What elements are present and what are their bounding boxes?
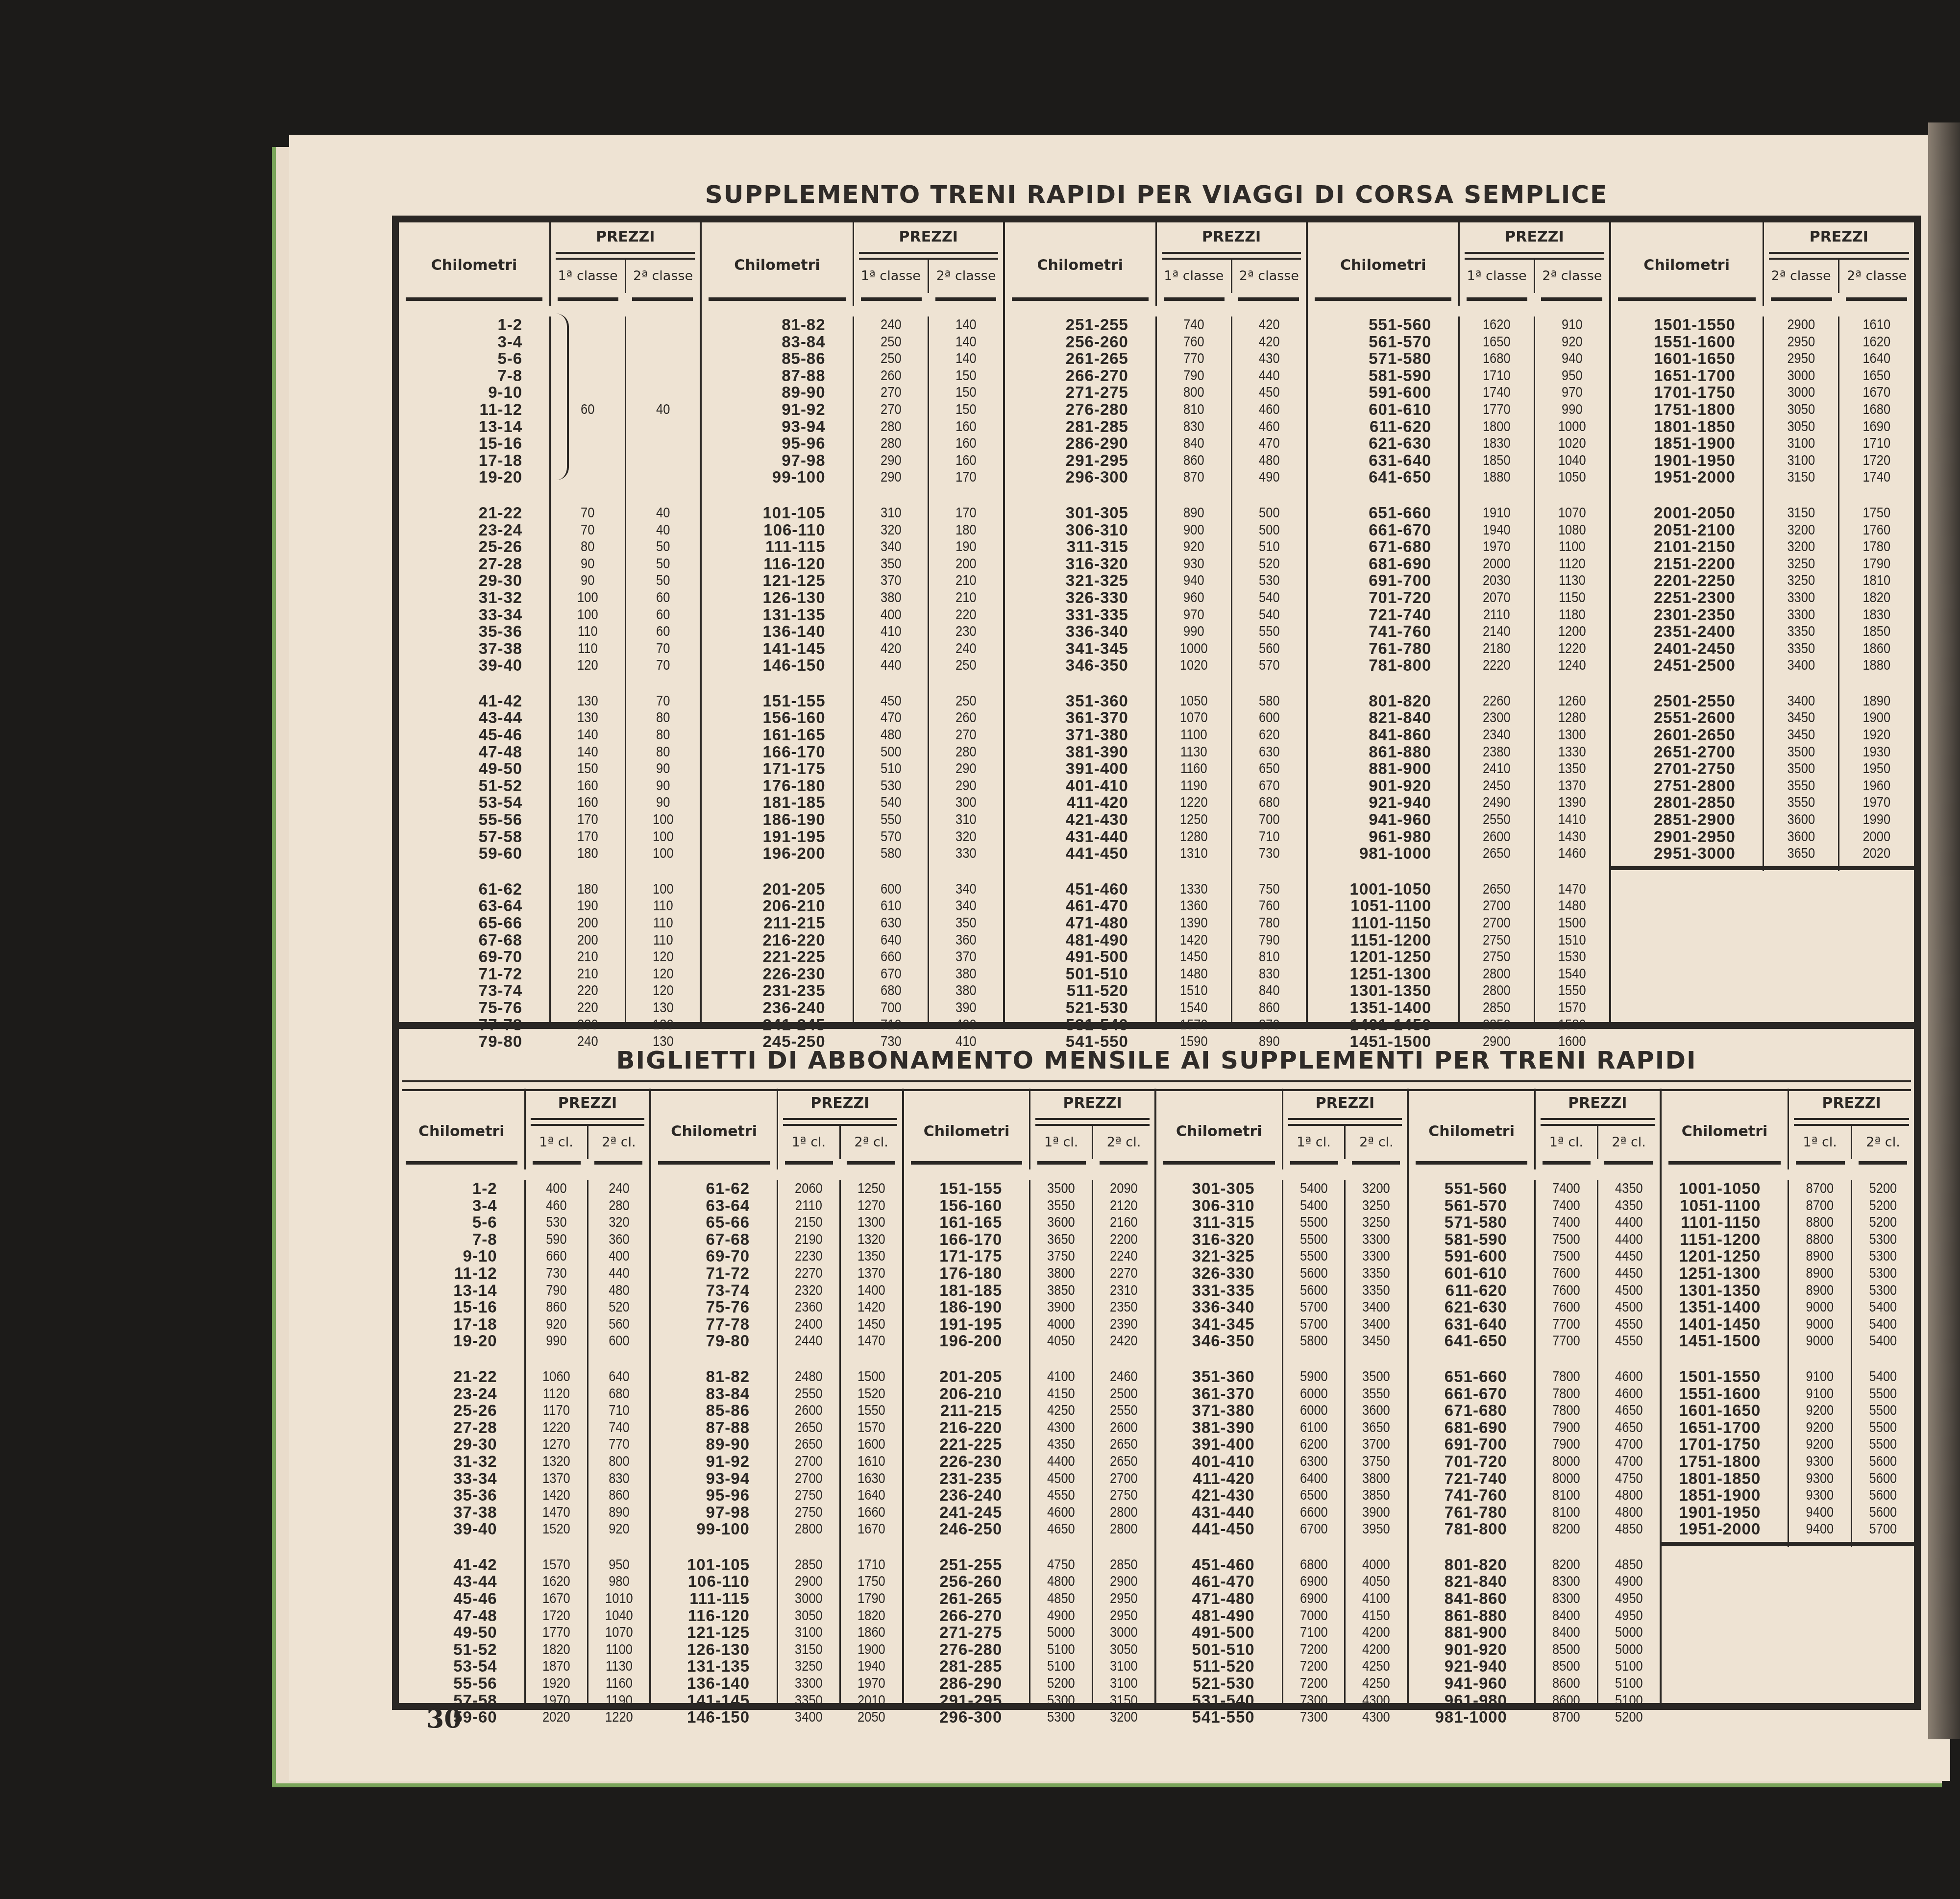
km-range-cell: 33-34 [399,607,549,624]
class1-price-cell: 3150 [1769,505,1833,522]
class1-price-cell: 1940 [1466,522,1528,539]
class2-price-cell: 3550 [1350,1386,1402,1403]
class2-price-cell: 1860 [845,1624,897,1641]
class1-price-cell: 7700 [1540,1333,1592,1350]
km-range-cell: 27-28 [399,556,549,573]
class2-price-cell: 1260 [1541,693,1603,710]
class1-price-cell: 2070 [1466,589,1528,607]
class1-price-cell: 460 [530,1197,582,1215]
km-range-cell: 9-10 [399,1248,524,1265]
class1-price-cell: 1000 [1162,640,1225,657]
class2-price-cell: 4300 [1350,1709,1402,1726]
km-range-cell: 961-980 [1308,828,1458,846]
class2-price-cell: 4650 [1603,1419,1655,1436]
km-range-cell: 431-440 [1156,1504,1282,1521]
km-range-cell: 371-380 [1156,1402,1282,1419]
class2-price-cell: 100 [632,845,694,862]
class2-price-cell: 5600 [1857,1504,1910,1521]
class2-price-cell: 2600 [1098,1419,1150,1436]
km-range-cell: 901-920 [1308,778,1458,795]
class1-price-cell: 6900 [1288,1590,1340,1607]
km-range-cell: 85-86 [702,350,852,367]
class1-price-cell: 890 [1162,505,1225,522]
class1-price-cell: 2550 [783,1386,834,1403]
class1-price-cell: 2440 [783,1333,834,1350]
class2-price-cell: 3400 [1350,1299,1402,1316]
km-range-cell: 721-740 [1409,1470,1534,1487]
class1-price-cell: 250 [859,334,922,351]
km-range-cell: 176-180 [904,1265,1029,1282]
class2-price-cell: 1270 [845,1197,897,1215]
class1-price-cell: 340 [859,538,922,556]
class1-price-cell: 7800 [1540,1368,1592,1386]
km-range-cell: 9-10 [399,384,549,401]
class2-price-cell: 160 [934,435,997,452]
class1-price-cell: 3350 [783,1692,834,1709]
class1-price-cell: 840 [1162,435,1225,452]
class1-price-cell: 6500 [1288,1487,1340,1504]
class1-price-cell: 3100 [783,1624,834,1641]
class1-price-cell: 2180 [1466,640,1528,657]
km-range-cell: 121-125 [702,572,852,589]
km-range-cell: 45-46 [399,727,549,744]
km-range-cell: 1451-1500 [1662,1333,1788,1350]
km-range-cell: 571-580 [1409,1214,1534,1231]
class1-price-cell: 8900 [1794,1265,1846,1282]
class2-price-cell: 240 [934,640,997,657]
km-range-cell: 83-84 [702,334,852,351]
class1-price-cell: 9100 [1794,1386,1846,1403]
class1-price-cell: 70 [556,522,619,539]
class1-price-cell: 9300 [1794,1470,1846,1487]
km-range-cell: 29-30 [399,1436,524,1453]
class1-price-cell: 3550 [1769,778,1833,795]
km-header: Chilometri [399,222,549,274]
column-group: ChilometriPREZZI1ª cl.2ª cl.151-155156-1… [904,1089,1156,1703]
km-range-cell: 216-220 [904,1419,1029,1436]
km-range-cell: 161-165 [904,1214,1029,1231]
class1-price-cell: 210 [556,949,619,966]
km-range-cell: 59-60 [399,845,549,862]
prices-header: PREZZI [1764,222,1914,252]
class2-price-cell: 5300 [1857,1282,1910,1299]
class2-price-cell: 320 [593,1214,645,1231]
class1-price-cell: 2750 [783,1487,834,1504]
class2-price-cell: 5300 [1857,1231,1910,1248]
class1-price-cell: 8900 [1794,1282,1846,1299]
class2-price-cell: 150 [934,401,997,418]
km-range-cell: 126-130 [651,1641,777,1658]
class2-price-cell: 120 [632,949,694,966]
km-range-cell: 276-280 [904,1641,1029,1658]
class2-price-cell: 510 [1238,538,1300,556]
km-range-cell: 261-265 [904,1590,1029,1607]
class1-price-cell: 2060 [783,1180,834,1197]
class1-price-cell: 2800 [1466,982,1528,999]
class1-price-cell: 1280 [1162,828,1225,846]
class1-price-cell: 2750 [783,1504,834,1521]
class1-price-cell: 7900 [1540,1419,1592,1436]
km-range-cell: 231-235 [904,1470,1029,1487]
km-range-cell: 491-500 [1156,1624,1282,1641]
km-range-cell: 85-86 [651,1402,777,1419]
class1-price-cell: 4250 [1035,1402,1087,1419]
class2-price-cell: 4400 [1603,1214,1655,1231]
km-range-cell: 81-82 [651,1368,777,1386]
class1-price-cell: 2700 [783,1453,834,1470]
class1-price-cell: 3650 [1769,845,1833,862]
class2-price-cell: 90 [632,778,694,795]
class1-price-cell: 2340 [1466,727,1528,744]
class1-price-cell: 670 [859,966,922,983]
class1-price-cell: 1420 [1162,932,1225,949]
class1-price-cell: 5800 [1288,1333,1340,1350]
class1-price-cell: 8200 [1540,1521,1592,1538]
km-range-cell: 391-400 [1005,760,1155,778]
class1-price-cell: 6700 [1288,1521,1340,1538]
class2-price-cell: 1330 [1541,744,1603,761]
km-range-cell: 221-225 [904,1436,1029,1453]
class1-price-cell: 160 [556,794,619,811]
km-range-cell: 87-88 [651,1419,777,1436]
class2-price-cell: 460 [1238,401,1300,418]
km-range-cell: 41-42 [399,693,549,710]
km-header: Chilometri [1611,222,1763,274]
class2-price-cell: 60 [632,607,694,624]
km-range-cell: 2301-2350 [1611,607,1763,624]
class1-price-cell: 90 [556,556,619,573]
class2-price-cell: 1620 [1845,334,1909,351]
km-range-cell: 53-54 [399,1658,524,1675]
km-range-cell: 641-650 [1308,469,1458,486]
class1-price-cell: 5300 [1035,1692,1087,1709]
class2-price-cell: 5600 [1857,1470,1910,1487]
class2-price-cell: 1970 [1845,794,1909,811]
class2-price-cell: 440 [593,1265,645,1282]
class2-price-cell: 2750 [1098,1487,1150,1504]
class2-price-cell: 330 [934,845,997,862]
class1-price-cell: 5400 [1288,1180,1340,1197]
class2-price-cell: 500 [1238,505,1300,522]
class2-price-cell: 980 [593,1573,645,1590]
class1-price-cell: 700 [859,999,922,1017]
class1-price-cell: 2700 [783,1470,834,1487]
class1-price-cell: 1170 [530,1402,582,1419]
class2-price-cell: 760 [1238,898,1300,915]
km-range-cell: 2051-2100 [1611,522,1763,539]
class2-price-cell: 2460 [1098,1368,1150,1386]
class2-price-cell: 1630 [845,1470,897,1487]
class2-price-cell: 5500 [1857,1419,1910,1436]
class1-price-cell: 1570 [530,1557,582,1574]
class2-price-cell: 940 [1541,350,1603,367]
class1-price-cell: 1670 [530,1590,582,1607]
class1-price-cell: 9400 [1794,1504,1846,1521]
km-range-cell: 67-68 [651,1231,777,1248]
class1-price-cell: 4900 [1035,1607,1087,1625]
class2-price-cell: 340 [934,881,997,898]
km-range-cell: 1801-1850 [1611,418,1763,436]
class1-price-cell: 640 [859,932,922,949]
class2-price-cell: 1070 [593,1624,645,1641]
class2-price-cell: 5000 [1603,1641,1655,1658]
class1-price-cell: 3600 [1769,828,1833,846]
km-range-cell: 151-155 [904,1180,1029,1197]
class2-price-cell: 110 [632,932,694,949]
column-group: ChilometriPREZZI1ª classe2ª classe1-23-4… [399,222,702,1022]
class2-header: 2ª cl. [1852,1126,1914,1159]
class2-price-cell: 50 [632,556,694,573]
class1-price-cell: 4600 [1035,1504,1087,1521]
class2-price-cell: 520 [1238,556,1300,573]
class1-price-cell: 70 [556,505,619,522]
class1-price-cell: 610 [859,898,922,915]
km-range-cell: 306-310 [1156,1197,1282,1215]
class2-price-cell: 2800 [1098,1504,1150,1521]
class2-price-cell: 700 [1238,811,1300,828]
km-range-cell: 861-880 [1409,1607,1534,1625]
km-range-cell: 136-140 [651,1675,777,1692]
km-range-cell: 1251-1300 [1662,1265,1788,1282]
km-range-cell: 571-580 [1308,350,1458,367]
class1-price-cell: 2850 [1466,999,1528,1017]
km-range-cell: 301-305 [1005,505,1155,522]
km-range-cell: 631-640 [1308,452,1458,469]
km-range-cell: 49-50 [399,760,549,778]
km-range-cell: 1551-1600 [1662,1386,1788,1403]
km-range-cell: 7-8 [399,1231,524,1248]
class2-price-cell: 490 [1238,469,1300,486]
km-range-cell: 53-54 [399,794,549,811]
km-range-cell: 511-520 [1156,1658,1282,1675]
class1-price-cell: 5000 [1035,1624,1087,1641]
class2-price-cell: 750 [1238,881,1300,898]
class2-price-cell: 1000 [1541,418,1603,436]
class1-price-cell: 8700 [1540,1709,1592,1726]
km-range-cell: 246-250 [904,1521,1029,1538]
class2-header: 2ª classe [1839,260,1914,293]
km-range-cell: 161-165 [702,727,852,744]
km-range-cell: 461-470 [1156,1573,1282,1590]
class1-price-cell: 3100 [1769,435,1833,452]
km-range-cell: 781-800 [1308,657,1458,674]
class1-price-cell: 6800 [1288,1557,1340,1574]
class1-price-cell: 280 [859,418,922,436]
class2-price-cell: 670 [1238,778,1300,795]
km-range-cell: 2151-2200 [1611,556,1763,573]
class2-price-cell: 5200 [1603,1709,1655,1726]
class1-price-cell: 2700 [1466,915,1528,932]
class1-price-cell: 1910 [1466,505,1528,522]
class2-price-cell: 5400 [1857,1368,1910,1386]
class2-price-cell: 4000 [1350,1557,1402,1574]
class2-price-cell: 4600 [1603,1386,1655,1403]
class1-price-cell: 530 [530,1214,582,1231]
km-range-cell: 1701-1750 [1662,1436,1788,1453]
class2-price-cell: 780 [1238,915,1300,932]
class2-price-cell: 1830 [1845,607,1909,624]
class1-price-cell: 270 [859,384,922,401]
class2-price-cell: 1570 [1541,999,1603,1017]
km-range-cell: 621-630 [1308,435,1458,452]
class2-price-cell: 60 [632,589,694,607]
km-range-cell: 521-530 [1005,999,1155,1017]
class1-price-cell: 2320 [783,1282,834,1299]
class1-price-cell: 2750 [1466,949,1528,966]
class1-price-cell: 6300 [1288,1453,1340,1470]
class1-price-cell: 3400 [1769,693,1833,710]
km-range-cell: 2951-3000 [1611,845,1763,862]
km-header: Chilometri [1156,1089,1282,1140]
class2-price-cell: 1300 [845,1214,897,1231]
km-range-cell: 236-240 [702,999,852,1017]
km-range-cell: 63-64 [399,898,549,915]
class1-price-cell: 600 [859,881,922,898]
class1-price-cell: 400 [859,607,922,624]
km-range-cell: 95-96 [702,435,852,452]
class1-price-cell: 860 [530,1299,582,1316]
class2-price-cell: 5300 [1857,1265,1910,1282]
km-range-cell: 921-940 [1409,1658,1534,1675]
km-range-cell: 55-56 [399,1675,524,1692]
km-range-cell: 501-510 [1156,1641,1282,1658]
km-range-cell: 33-34 [399,1470,524,1487]
class1-price-cell: 420 [859,640,922,657]
km-range-cell: 1301-1350 [1662,1282,1788,1299]
km-range-cell: 421-430 [1005,811,1155,828]
class2-price-cell [632,350,694,367]
km-range-cell: 341-345 [1005,640,1155,657]
class2-price-cell: 3500 [1350,1368,1402,1386]
class1-price-cell: 5700 [1288,1316,1340,1333]
class2-price-cell: 530 [1238,572,1300,589]
km-range-cell: 291-295 [904,1692,1029,1709]
km-range-cell: 141-145 [702,640,852,657]
class2-price-cell [632,367,694,385]
class1-price-cell: 530 [859,778,922,795]
km-range-cell: 551-560 [1308,316,1458,334]
class1-price-cell: 9300 [1794,1487,1846,1504]
class1-price-cell: 2360 [783,1299,834,1316]
class2-price-cell: 100 [632,828,694,846]
km-range-cell: 5-6 [399,1214,524,1231]
km-range-cell: 581-590 [1409,1231,1534,1248]
class2-price-cell: 2500 [1098,1386,1150,1403]
class1-price-cell: 400 [530,1180,582,1197]
km-range-cell: 361-370 [1156,1386,1282,1403]
class1-price-cell: 240 [859,316,922,334]
class2-price-cell: 1640 [845,1487,897,1504]
class1-price-cell: 180 [556,881,619,898]
class1-price-cell: 7800 [1540,1386,1592,1403]
class2-price-cell: 540 [1238,607,1300,624]
km-range-cell: 276-280 [1005,401,1155,418]
km-range-cell: 19-20 [399,1333,524,1350]
class2-price-cell: 4550 [1603,1333,1655,1350]
class2-price-cell: 130 [632,999,694,1017]
class2-price-cell: 2020 [1845,845,1909,862]
column-group: ChilometriPREZZI1ª cl.2ª cl.1001-1050105… [1662,1089,1914,1703]
class2-price-cell: 1190 [593,1692,645,1709]
km-range-cell: 41-42 [399,1557,524,1574]
class1-price-cell: 2600 [1466,828,1528,846]
km-range-cell: 65-66 [651,1214,777,1231]
km-range-cell: 63-64 [651,1197,777,1215]
km-range-cell: 75-76 [399,999,549,1017]
class1-price-cell: 1720 [530,1607,582,1625]
km-range-cell: 296-300 [904,1709,1029,1726]
class1-price-cell: 740 [1162,316,1225,334]
class2-price-cell: 1660 [845,1504,897,1521]
class2-price-cell: 120 [632,982,694,999]
class1-price-cell: 380 [859,589,922,607]
class2-price-cell: 300 [934,794,997,811]
class2-price-cell: 1780 [1845,538,1909,556]
class2-price-cell: 320 [934,828,997,846]
km-range-cell: 1751-1800 [1662,1453,1788,1470]
class2-price-cell: 1500 [1541,915,1603,932]
class1-price-cell: 3350 [1769,640,1833,657]
class2-header: 2ª classe [1535,260,1609,293]
class1-price-cell: 7200 [1288,1658,1340,1675]
km-range-cell: 57-58 [399,828,549,846]
class1-price-cell: 5100 [1035,1641,1087,1658]
class1-price-cell: 920 [1162,538,1225,556]
km-range-cell: 196-200 [702,845,852,862]
km-range-cell: 1301-1350 [1308,982,1458,999]
class2-price-cell: 1900 [845,1641,897,1658]
class1-price-cell: 500 [859,744,922,761]
class1-price-cell: 3150 [783,1641,834,1658]
class2-price-cell: 350 [934,915,997,932]
km-range-cell: 471-480 [1156,1590,1282,1607]
class2-header: 2ª cl. [588,1126,650,1159]
class2-price-cell: 2160 [1098,1214,1150,1231]
km-range-cell: 1001-1050 [1662,1180,1788,1197]
class1-price-cell: 1370 [530,1470,582,1487]
class2-price-cell: 1640 [1845,350,1909,367]
class2-price-cell: 4200 [1350,1624,1402,1641]
class2-price-cell: 90 [632,760,694,778]
class1-price-cell: 110 [556,623,619,640]
column-group: ChilometriPREZZI1ª classe2ª classe251-25… [1005,222,1308,1022]
class2-price-cell: 1850 [1845,623,1909,640]
km-range-cell: 15-16 [399,1299,524,1316]
km-range-cell: 2351-2400 [1611,623,1763,640]
class1-price-cell: 140 [556,727,619,744]
km-range-cell: 501-510 [1005,966,1155,983]
km-range-cell: 31-32 [399,1453,524,1470]
class2-price-cell: 1400 [845,1282,897,1299]
class1-price-cell: 1920 [530,1675,582,1692]
class2-price-cell: 5700 [1857,1521,1910,1538]
km-range-cell: 2701-2750 [1611,760,1763,778]
km-range-cell: 2101-2150 [1611,538,1763,556]
class2-price-cell: 1320 [845,1231,897,1248]
class2-price-cell: 460 [1238,418,1300,436]
class2-price-cell: 170 [934,469,997,486]
km-range-cell: 1901-1950 [1662,1504,1788,1521]
km-range-cell: 39-40 [399,657,549,674]
km-range-cell: 1-2 [399,316,549,334]
class1-price-cell: 2650 [1466,845,1528,862]
km-range-cell: 561-570 [1409,1197,1534,1215]
class2-price-cell: 1710 [845,1557,897,1574]
class2-price-cell: 50 [632,572,694,589]
km-range-cell: 1501-1550 [1611,316,1763,334]
class1-price-cell: 1820 [530,1641,582,1658]
km-range-cell: 941-960 [1409,1675,1534,1692]
